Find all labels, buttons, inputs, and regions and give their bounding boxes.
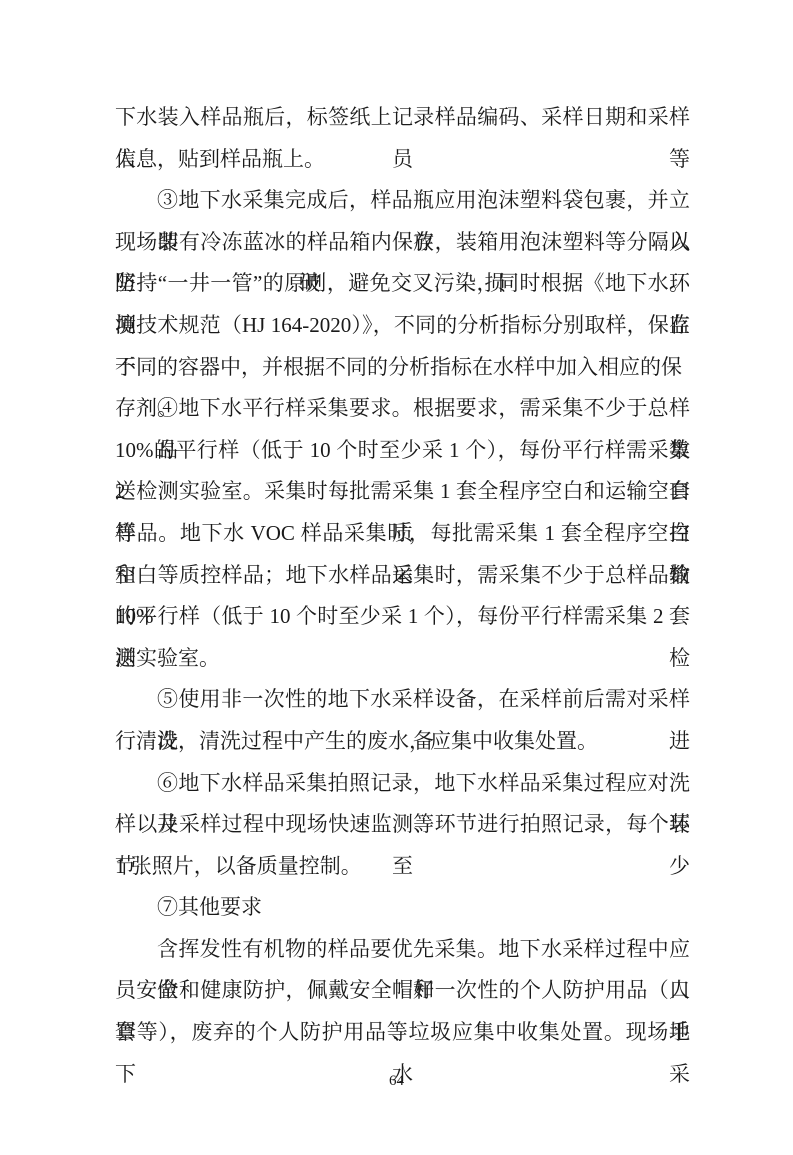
document-line: ⑥地下水样品采集拍照记录，地下水样品采集过程应对洗井、装 bbox=[115, 763, 690, 805]
document-line: ③地下水采集完成后，样品瓶应用泡沫塑料袋包裹，并立即放入 bbox=[115, 180, 690, 222]
document-line: ⑦其他要求 bbox=[115, 887, 690, 929]
page-footer: 64 bbox=[0, 1072, 793, 1090]
document-line: ④地下水平行样采集要求。根据要求，需采集不少于总样品数 bbox=[115, 388, 690, 430]
document-line: 套等），废弃的个人防护用品等垃圾应集中收集处置。现场地下水采 bbox=[115, 1012, 690, 1054]
document-line: 含挥发性有机物的样品要优先采集。地下水采样过程中应做好人 bbox=[115, 929, 690, 971]
page-number: 64 bbox=[389, 1073, 404, 1090]
document-body: 下水装入样品瓶后，标签纸上记录样品编码、采样日期和采样人员等信息，贴到样品瓶上。… bbox=[115, 97, 690, 1054]
document-page: 下水装入样品瓶后，标签纸上记录样品编码、采样日期和采样人员等信息，贴到样品瓶上。… bbox=[0, 0, 793, 1155]
document-line: 空白等质控样品；地下水样品采集时，需采集不少于总样品数 10% bbox=[115, 555, 690, 597]
document-line: 10%的平行样（低于 10 个时至少采 1 个），每份平行样需采集 2 套 bbox=[115, 430, 690, 472]
document-line: 不同的容器中，并根据不同的分析指标在水样中加入相应的保存剂。 bbox=[115, 347, 690, 389]
document-line: 下水装入样品瓶后，标签纸上记录样品编码、采样日期和采样人员等 bbox=[115, 97, 690, 139]
document-line: 坚持“一井一管”的原则，避免交叉污染，同时根据《地下水环境监 bbox=[115, 263, 690, 305]
document-line: 测技术规范（HJ 164-2020）》，不同的分析指标分别取样，保存于 bbox=[115, 305, 690, 347]
document-line: 的平行样（低于 10 个时至少采 1 个），每份平行样需采集 2 套送检 bbox=[115, 596, 690, 638]
document-line: ⑤使用非一次性的地下水采样设备，在采样前后需对采样设备进 bbox=[115, 679, 690, 721]
document-line: 样品。地下水 VOC 样品采集时，每批需采集 1 套全程序空白和运输 bbox=[115, 513, 690, 555]
document-line: 现场装有冷冻蓝冰的样品箱内保存，装箱用泡沫塑料等分隔以防破损。 bbox=[115, 222, 690, 264]
document-line: 送检测实验室。采集时每批需采集 1 套全程序空白和运输空白等质控 bbox=[115, 471, 690, 513]
document-line: 员安全和健康防护，佩戴安全帽和一次性的个人防护用品（口罩、手 bbox=[115, 970, 690, 1012]
document-line: 样以及采样过程中现场快速监测等环节进行拍照记录，每个环节至少 bbox=[115, 804, 690, 846]
